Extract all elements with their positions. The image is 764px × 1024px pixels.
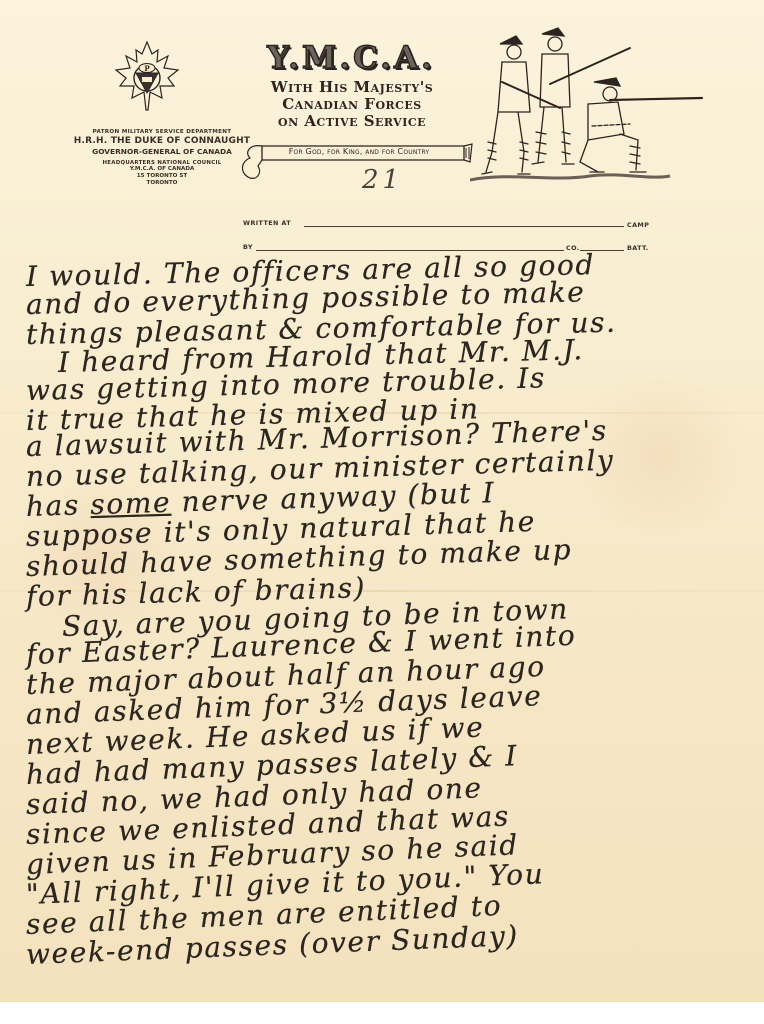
maple-leaf-triangle-emblem-icon: P (112, 40, 182, 114)
soldiers-with-rifles-illustration (470, 22, 710, 192)
patron-block: PATRON MILITARY SERVICE DEPARTMENT H.R.H… (66, 129, 258, 187)
letterhead-tagline: With His Majesty's Canadian Forces on Ac… (216, 79, 488, 130)
svg-text:P: P (144, 64, 150, 73)
hq-org: Y.M.C.A. OF CANADA (66, 166, 258, 173)
written-at-field[interactable] (304, 226, 624, 227)
motto-text: For God, for King, and for Country (264, 147, 454, 156)
written-at-label: WRITTEN AT (243, 219, 291, 227)
tagline-line: Canadian Forces (216, 96, 488, 113)
patron-title: GOVERNOR-GENERAL OF CANADA (66, 147, 258, 156)
by-label: BY (243, 243, 253, 251)
camp-label: CAMP (627, 221, 649, 229)
letter-paper: P PATRON MILITARY SERVICE DEPARTMENT H.R… (0, 0, 764, 1002)
patron-name: H.R.H. THE DUKE OF CONNAUGHT (66, 136, 258, 146)
hq-city: TORONTO (66, 180, 258, 187)
hq-address: 15 TORONTO ST (66, 173, 258, 180)
tagline-line: on Active Service (216, 113, 488, 130)
ymca-title: Y.M.C.A. (236, 40, 466, 76)
tagline-line: With His Majesty's (216, 79, 488, 96)
batt-label: BATT. (627, 244, 649, 252)
page-number: 21 (362, 165, 403, 195)
